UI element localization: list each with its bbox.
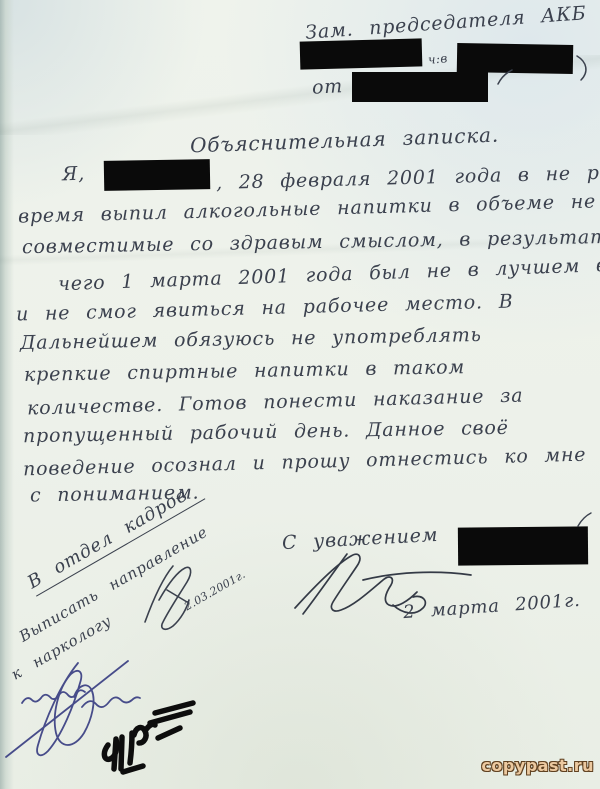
opening-suffix: , 28 февраля 2001 года в не рабочее xyxy=(216,160,600,195)
marker-signature xyxy=(92,692,297,784)
ink-stroke-mark xyxy=(573,52,595,82)
watermark: copypast.ru xyxy=(481,756,594,775)
body-line: количестве. Готов понести наказание за xyxy=(27,385,524,421)
addressee-line: Зам. председателя АКБ xyxy=(305,2,588,44)
body-line: крепкие спиртные напитки в таком xyxy=(24,356,465,386)
body-line: чего 1 марта 2001 года был не в лучшем в… xyxy=(58,253,600,296)
resolution-signature xyxy=(115,560,195,638)
body-line: и не смог явиться на рабочее место. В xyxy=(16,290,514,326)
redaction-block-name xyxy=(104,159,211,191)
body-line: Дальнейшем обязуюсь не употреблять xyxy=(20,324,482,355)
document-photo: Зам. председателя АКБ ч:в от Объяснитель… xyxy=(0,0,600,789)
redaction-block-header-1 xyxy=(300,38,423,69)
from-label: от xyxy=(311,75,343,99)
ink-stroke-mark xyxy=(494,66,518,92)
body-line: совместимые со здравым смыслом, в резуль… xyxy=(22,226,600,259)
document-title: Объяснительная записка. xyxy=(190,123,500,158)
body-line: пропущенный рабочий день. Данное своё xyxy=(23,417,509,448)
illegible-note: ч:в xyxy=(427,51,448,67)
body-line: время выпил алкогольные напитки в объеме… xyxy=(18,190,597,228)
opening-prefix: Я, xyxy=(62,163,86,187)
body-line: поведение осознал и прошу отнестись ко м… xyxy=(23,444,587,482)
ink-stroke-mark xyxy=(575,510,595,532)
redaction-block-header-3 xyxy=(352,72,488,102)
